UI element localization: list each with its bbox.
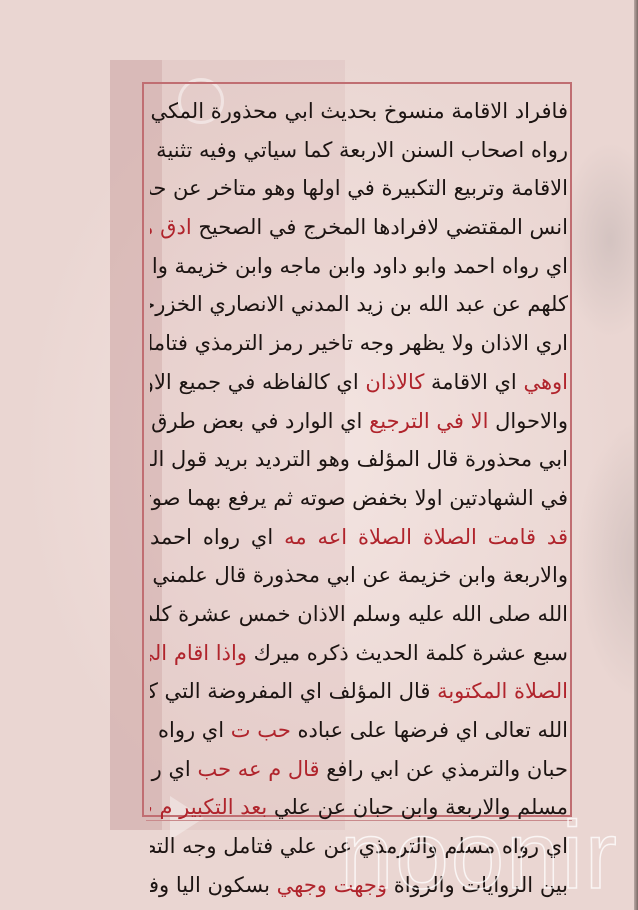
- body-text: اري الاذان ولا يظهر وجه تاخير رمز الترمذ…: [150, 331, 568, 355]
- page-binding-edge: [634, 0, 638, 910]
- body-text: الله صلى الله عليه وسلم الاذان خمس عشرة …: [150, 602, 568, 626]
- manuscript-line: فافراد الاقامة منسوخ بحديث ابي محذورة ال…: [150, 92, 568, 131]
- manuscript-line: ابي محذورة قال المؤلف وهو الترديد بريد ق…: [150, 440, 568, 479]
- manuscript-line: الله تعالى اي فرضها على عباده حب ت اي رو…: [150, 711, 568, 750]
- manuscript-line: والاحوال الا في الترجيع اي الوارد في بعض…: [150, 402, 568, 441]
- body-text: والاحوال: [488, 409, 568, 433]
- manuscript-line: الله صلى الله عليه وسلم الاذان خمس عشرة …: [150, 595, 568, 634]
- body-text: سبع عشرة كلمة الحديث ذكره ميرك: [247, 641, 568, 665]
- body-text: اي كالفاظه في جميع الاوقات: [150, 370, 365, 394]
- manuscript-line: انس المقتضي لافرادها المخرج في الصحيح اد…: [150, 208, 568, 247]
- manuscript-line: قد قامت الصلاة الصلاة اعه مه اي رواه احم…: [150, 518, 568, 557]
- body-text: انس المقتضي لافرادها المخرج في الصحيح: [192, 215, 568, 239]
- rubric-text: الصلاة المكتوبة: [437, 679, 568, 703]
- manuscript-text: فافراد الاقامة منسوخ بحديث ابي محذورة ال…: [150, 92, 568, 904]
- manuscript-line: رواه اصحاب السنن الاربعة كما سياتي وفيه …: [150, 131, 568, 170]
- body-text: قال المؤلف اي المفروضة التي كتبها: [150, 679, 437, 703]
- manuscript-line: والاربعة وابن خزيمة عن ابي محذورة قال عل…: [150, 556, 568, 595]
- body-text: بسكون اليا وفتحها: [150, 873, 277, 897]
- manuscript-line: اري الاذان ولا يظهر وجه تاخير رمز الترمذ…: [150, 324, 568, 363]
- body-text: فافراد الاقامة منسوخ بحديث ابي محذورة ال…: [150, 99, 568, 123]
- rubric-text: بعد التكبير م ت: [150, 795, 267, 819]
- body-text: الاقامة وتربيع التكبيرة في اولها وهو متا…: [150, 176, 568, 200]
- rubric-text: اوهي: [523, 370, 568, 394]
- rubric-text: كالاذان: [365, 370, 424, 394]
- rubric-text: الا في الترجيع: [369, 409, 488, 433]
- body-text: كلهم عن عبد الله بن زيد المدني الانصاري …: [150, 292, 568, 316]
- rubric-text: قد قامت الصلاة الصلاة اعه مه: [284, 525, 568, 549]
- body-text: ابي محذورة قال المؤلف وهو الترديد بريد ق…: [150, 447, 568, 471]
- rubric-text: حب ت: [231, 718, 291, 742]
- rubric-text: ادق مدت: [150, 215, 192, 239]
- body-text: في الشهادتين اولا بخفض صوته ثم يرفع بهما…: [150, 486, 568, 510]
- body-text: رواه اصحاب السنن الاربعة كما سياتي وفيه …: [150, 138, 568, 162]
- manuscript-line: حبان والترمذي عن ابي رافع قال م عه حب اي…: [150, 750, 568, 789]
- body-text: والاربعة وابن خزيمة عن ابي محذورة قال عل…: [150, 563, 568, 587]
- rubric-text: واذا اقام الى: [150, 641, 247, 665]
- body-text: اي الاقامة: [424, 370, 523, 394]
- manuscript-line: اي رواه احمد وابو داود وابن ماجه وابن خز…: [150, 247, 568, 286]
- manuscript-line: الاقامة وتربيع التكبيرة في اولها وهو متا…: [150, 169, 568, 208]
- rubric-text: قال م عه حب: [197, 757, 319, 781]
- manuscript-line: الصلاة المكتوبة قال المؤلف اي المفروضة ا…: [150, 672, 568, 711]
- manuscript-line: في الشهادتين اولا بخفض صوته ثم يرفع بهما…: [150, 479, 568, 518]
- body-text: اي رواه احمد وابو داود وابن ماجه وابن خز…: [150, 254, 568, 278]
- manuscript-line: سبع عشرة كلمة الحديث ذكره ميرك واذا اقام…: [150, 634, 568, 673]
- body-text: حبان والترمذي عن ابي رافع: [320, 757, 568, 781]
- body-text: اي الوارد في بعض طرق حديث: [150, 409, 369, 433]
- brand-watermark: noonir: [340, 808, 619, 904]
- manuscript-line: كلهم عن عبد الله بن زيد المدني الانصاري …: [150, 285, 568, 324]
- body-text: اي رواه: [150, 757, 197, 781]
- body-text: اي رواه ابن: [150, 718, 231, 742]
- manuscript-line: اوهي اي الاقامة كالاذان اي كالفاظه في جم…: [150, 363, 568, 402]
- body-text: الله تعالى اي فرضها على عباده: [291, 718, 568, 742]
- body-text: اي رواه احمد: [150, 525, 284, 549]
